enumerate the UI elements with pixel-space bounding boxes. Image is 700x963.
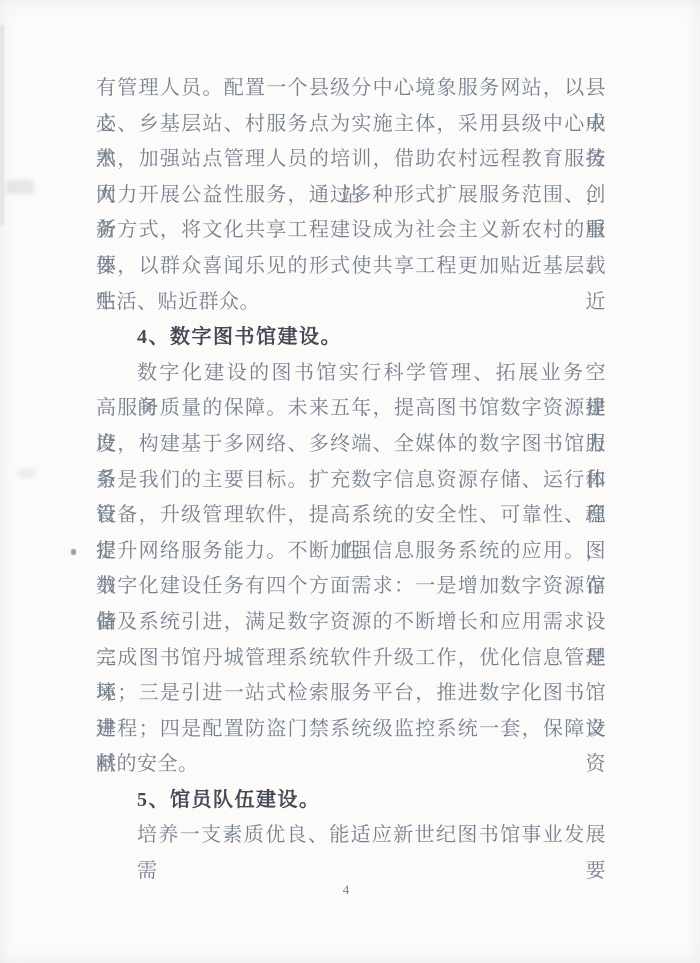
scan-edge-artifact xyxy=(0,25,4,225)
text-line: 有管理人员。配置一个县级分中心境象服务网站，以县支中 xyxy=(96,71,606,107)
text-block: 有管理人员。配置一个县级分中心境象服务网站，以县支中心、乡基层站、村服务点为实施… xyxy=(96,71,606,854)
text-line: 务方式，将文化共享工程建设成为社会主义新农村的重要载 xyxy=(96,213,606,249)
text-line: 完成图书馆丹城管理系统软件升级工作，优化信息管理环 xyxy=(96,641,606,677)
document-page: 有管理人员。配置一个县级分中心境象服务网站，以县支中心、乡基层站、村服务点为实施… xyxy=(0,0,700,963)
text-line: 高服务质量的保障。未来五年，提高图书馆数字资源建设力 xyxy=(96,391,606,427)
section-heading: 5、馆员队伍建设。 xyxy=(96,783,606,819)
text-line: 术，加强站点管理人员的培训，借助农村远程教育服务网站， xyxy=(96,142,606,178)
text-line: 备及系统引进，满足数字资源的不断增长和应用需求；二是 xyxy=(96,605,606,641)
text-line: 体，以群众喜闻乐见的形式使共享工程更加贴近基层、贴近 xyxy=(96,249,606,285)
text-line: 数字化建设任务有四个方面需求：一是增加数字资源存储设 xyxy=(96,569,606,605)
text-line: 提升网络服务能力。不断加强信息服务系统的应用。图书馆 xyxy=(96,534,606,570)
text-line: 系是我们的主要目标。扩充数字信息资源存储、运行和管理 xyxy=(96,463,606,499)
text-line: 设备，升级管理软件，提高系统的安全性、可靠性、稳定性， xyxy=(96,498,606,534)
page-number: 4 xyxy=(0,882,692,898)
scan-smudge xyxy=(18,468,36,478)
text-line: 大力开展公益性服务，通过多种形式扩展服务范围、创新服 xyxy=(96,178,606,214)
text-line: 境；三是引进一站式检索服务平台，推进数字化图书馆建设 xyxy=(96,676,606,712)
text-line: 进程；四是配置防盗门禁系统级监控系统一套，保障文献资 xyxy=(96,712,606,748)
text-line: 心、乡基层站、村服务点为实施主体，采用县级中心成熟技 xyxy=(96,107,606,143)
scan-speck xyxy=(71,549,76,555)
section-heading: 4、数字图书馆建设。 xyxy=(96,320,606,356)
text-line: 数字化建设的图书馆实行科学管理、拓展业务空间、提 xyxy=(96,356,606,392)
text-line: 度，构建基于多网络、多终端、全媒体的数字图书馆服务体 xyxy=(96,427,606,463)
scan-smudge xyxy=(6,180,34,194)
text-line: 培养一支素质优良、能适应新世纪图书馆事业发展需要 xyxy=(96,818,606,854)
